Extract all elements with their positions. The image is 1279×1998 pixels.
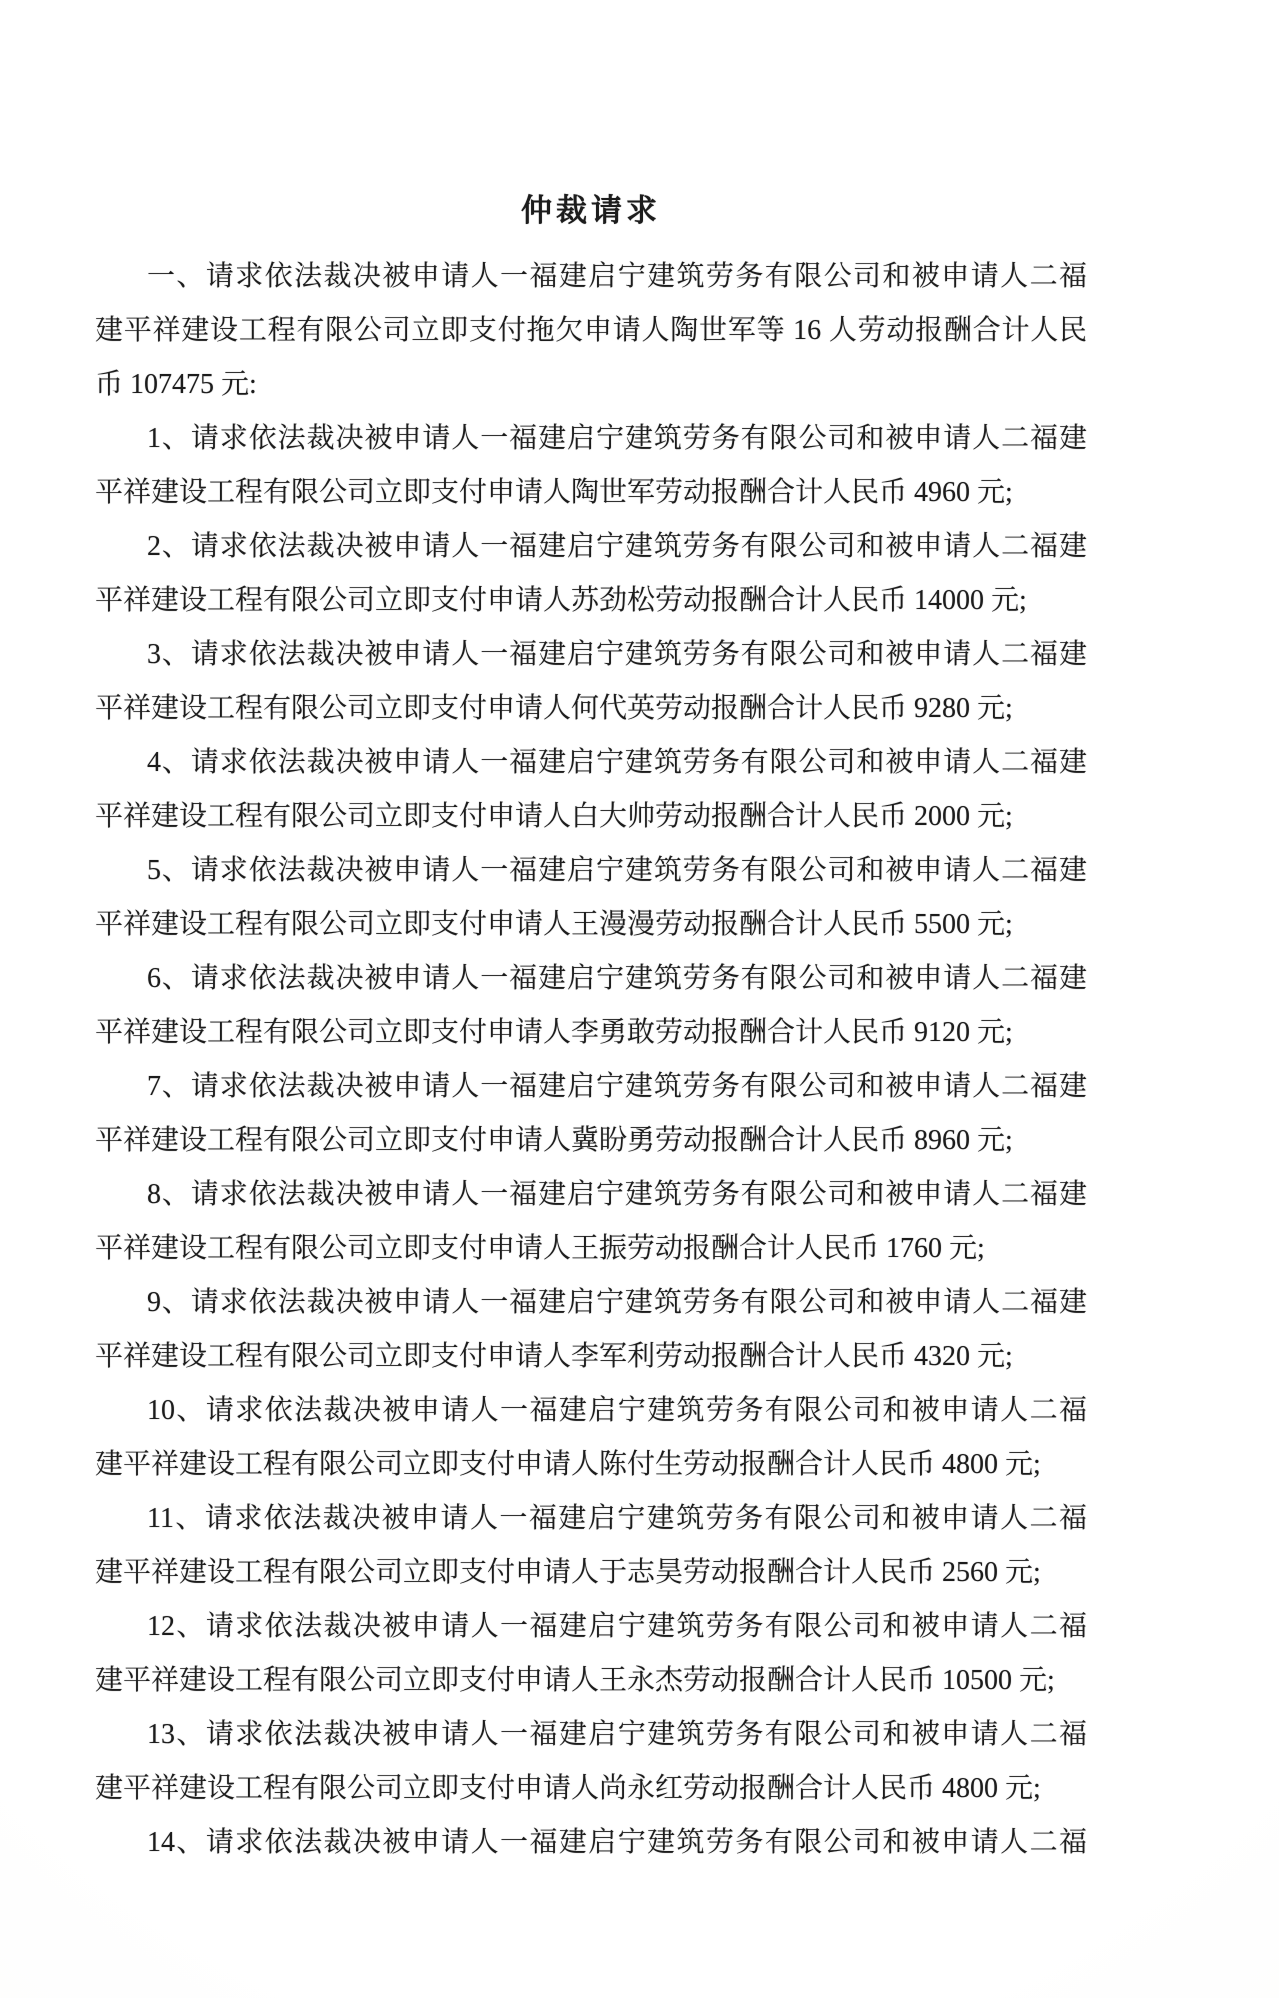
claim-11-line-2: 建平祥建设工程有限公司立即支付申请人于志昊劳动报酬合计人民币 2560 元; bbox=[95, 1546, 1087, 1600]
claim-5-line-1: 5、请求依法裁决被申请人一福建启宁建筑劳务有限公司和被申请人二福建 bbox=[95, 844, 1087, 898]
claim-4-line-2: 平祥建设工程有限公司立即支付申请人白大帅劳动报酬合计人民币 2000 元; bbox=[95, 790, 1087, 844]
claim-12-line-2: 建平祥建设工程有限公司立即支付申请人王永杰劳动报酬合计人民币 10500 元; bbox=[95, 1654, 1087, 1708]
claim-8-line-1: 8、请求依法裁决被申请人一福建启宁建筑劳务有限公司和被申请人二福建 bbox=[95, 1168, 1087, 1222]
claim-9-line-1: 9、请求依法裁决被申请人一福建启宁建筑劳务有限公司和被申请人二福建 bbox=[95, 1276, 1087, 1330]
claim-5-line-2: 平祥建设工程有限公司立即支付申请人王漫漫劳动报酬合计人民币 5500 元; bbox=[95, 898, 1087, 952]
intro-line-2: 建平祥建设工程有限公司立即支付拖欠申请人陶世军等 16 人劳动报酬合计人民 bbox=[95, 304, 1087, 358]
claim-1-line-1: 1、请求依法裁决被申请人一福建启宁建筑劳务有限公司和被申请人二福建 bbox=[95, 412, 1087, 466]
claim-6-line-2: 平祥建设工程有限公司立即支付申请人李勇敢劳动报酬合计人民币 9120 元; bbox=[95, 1006, 1087, 1060]
document-text-block: 仲裁请求 一、请求依法裁决被申请人一福建启宁建筑劳务有限公司和被申请人二福 建平… bbox=[95, 186, 1087, 1870]
intro-line-1: 一、请求依法裁决被申请人一福建启宁建筑劳务有限公司和被申请人二福 bbox=[95, 250, 1087, 304]
claim-9-line-2: 平祥建设工程有限公司立即支付申请人李军利劳动报酬合计人民币 4320 元; bbox=[95, 1330, 1087, 1384]
claim-4-line-1: 4、请求依法裁决被申请人一福建启宁建筑劳务有限公司和被申请人二福建 bbox=[95, 736, 1087, 790]
claim-8-line-2: 平祥建设工程有限公司立即支付申请人王振劳动报酬合计人民币 1760 元; bbox=[95, 1222, 1087, 1276]
claim-11-line-1: 11、请求依法裁决被申请人一福建启宁建筑劳务有限公司和被申请人二福 bbox=[95, 1492, 1087, 1546]
document-title: 仲裁请求 bbox=[95, 186, 1087, 236]
claim-10-line-2: 建平祥建设工程有限公司立即支付申请人陈付生劳动报酬合计人民币 4800 元; bbox=[95, 1438, 1087, 1492]
scanned-document-page: 仲裁请求 一、请求依法裁决被申请人一福建启宁建筑劳务有限公司和被申请人二福 建平… bbox=[0, 0, 1279, 1998]
claim-13-line-2: 建平祥建设工程有限公司立即支付申请人尚永红劳动报酬合计人民币 4800 元; bbox=[95, 1762, 1087, 1816]
intro-line-3: 币 107475 元: bbox=[95, 358, 1087, 412]
claim-2-line-1: 2、请求依法裁决被申请人一福建启宁建筑劳务有限公司和被申请人二福建 bbox=[95, 520, 1087, 574]
claim-6-line-1: 6、请求依法裁决被申请人一福建启宁建筑劳务有限公司和被申请人二福建 bbox=[95, 952, 1087, 1006]
claim-12-line-1: 12、请求依法裁决被申请人一福建启宁建筑劳务有限公司和被申请人二福 bbox=[95, 1600, 1087, 1654]
claim-10-line-1: 10、请求依法裁决被申请人一福建启宁建筑劳务有限公司和被申请人二福 bbox=[95, 1384, 1087, 1438]
claim-3-line-1: 3、请求依法裁决被申请人一福建启宁建筑劳务有限公司和被申请人二福建 bbox=[95, 628, 1087, 682]
claim-2-line-2: 平祥建设工程有限公司立即支付申请人苏劲松劳动报酬合计人民币 14000 元; bbox=[95, 574, 1087, 628]
claim-14-line-1: 14、请求依法裁决被申请人一福建启宁建筑劳务有限公司和被申请人二福 bbox=[95, 1816, 1087, 1870]
claim-7-line-1: 7、请求依法裁决被申请人一福建启宁建筑劳务有限公司和被申请人二福建 bbox=[95, 1060, 1087, 1114]
claim-7-line-2: 平祥建设工程有限公司立即支付申请人冀盼勇劳动报酬合计人民币 8960 元; bbox=[95, 1114, 1087, 1168]
claim-3-line-2: 平祥建设工程有限公司立即支付申请人何代英劳动报酬合计人民币 9280 元; bbox=[95, 682, 1087, 736]
claim-1-line-2: 平祥建设工程有限公司立即支付申请人陶世军劳动报酬合计人民币 4960 元; bbox=[95, 466, 1087, 520]
claim-13-line-1: 13、请求依法裁决被申请人一福建启宁建筑劳务有限公司和被申请人二福 bbox=[95, 1708, 1087, 1762]
